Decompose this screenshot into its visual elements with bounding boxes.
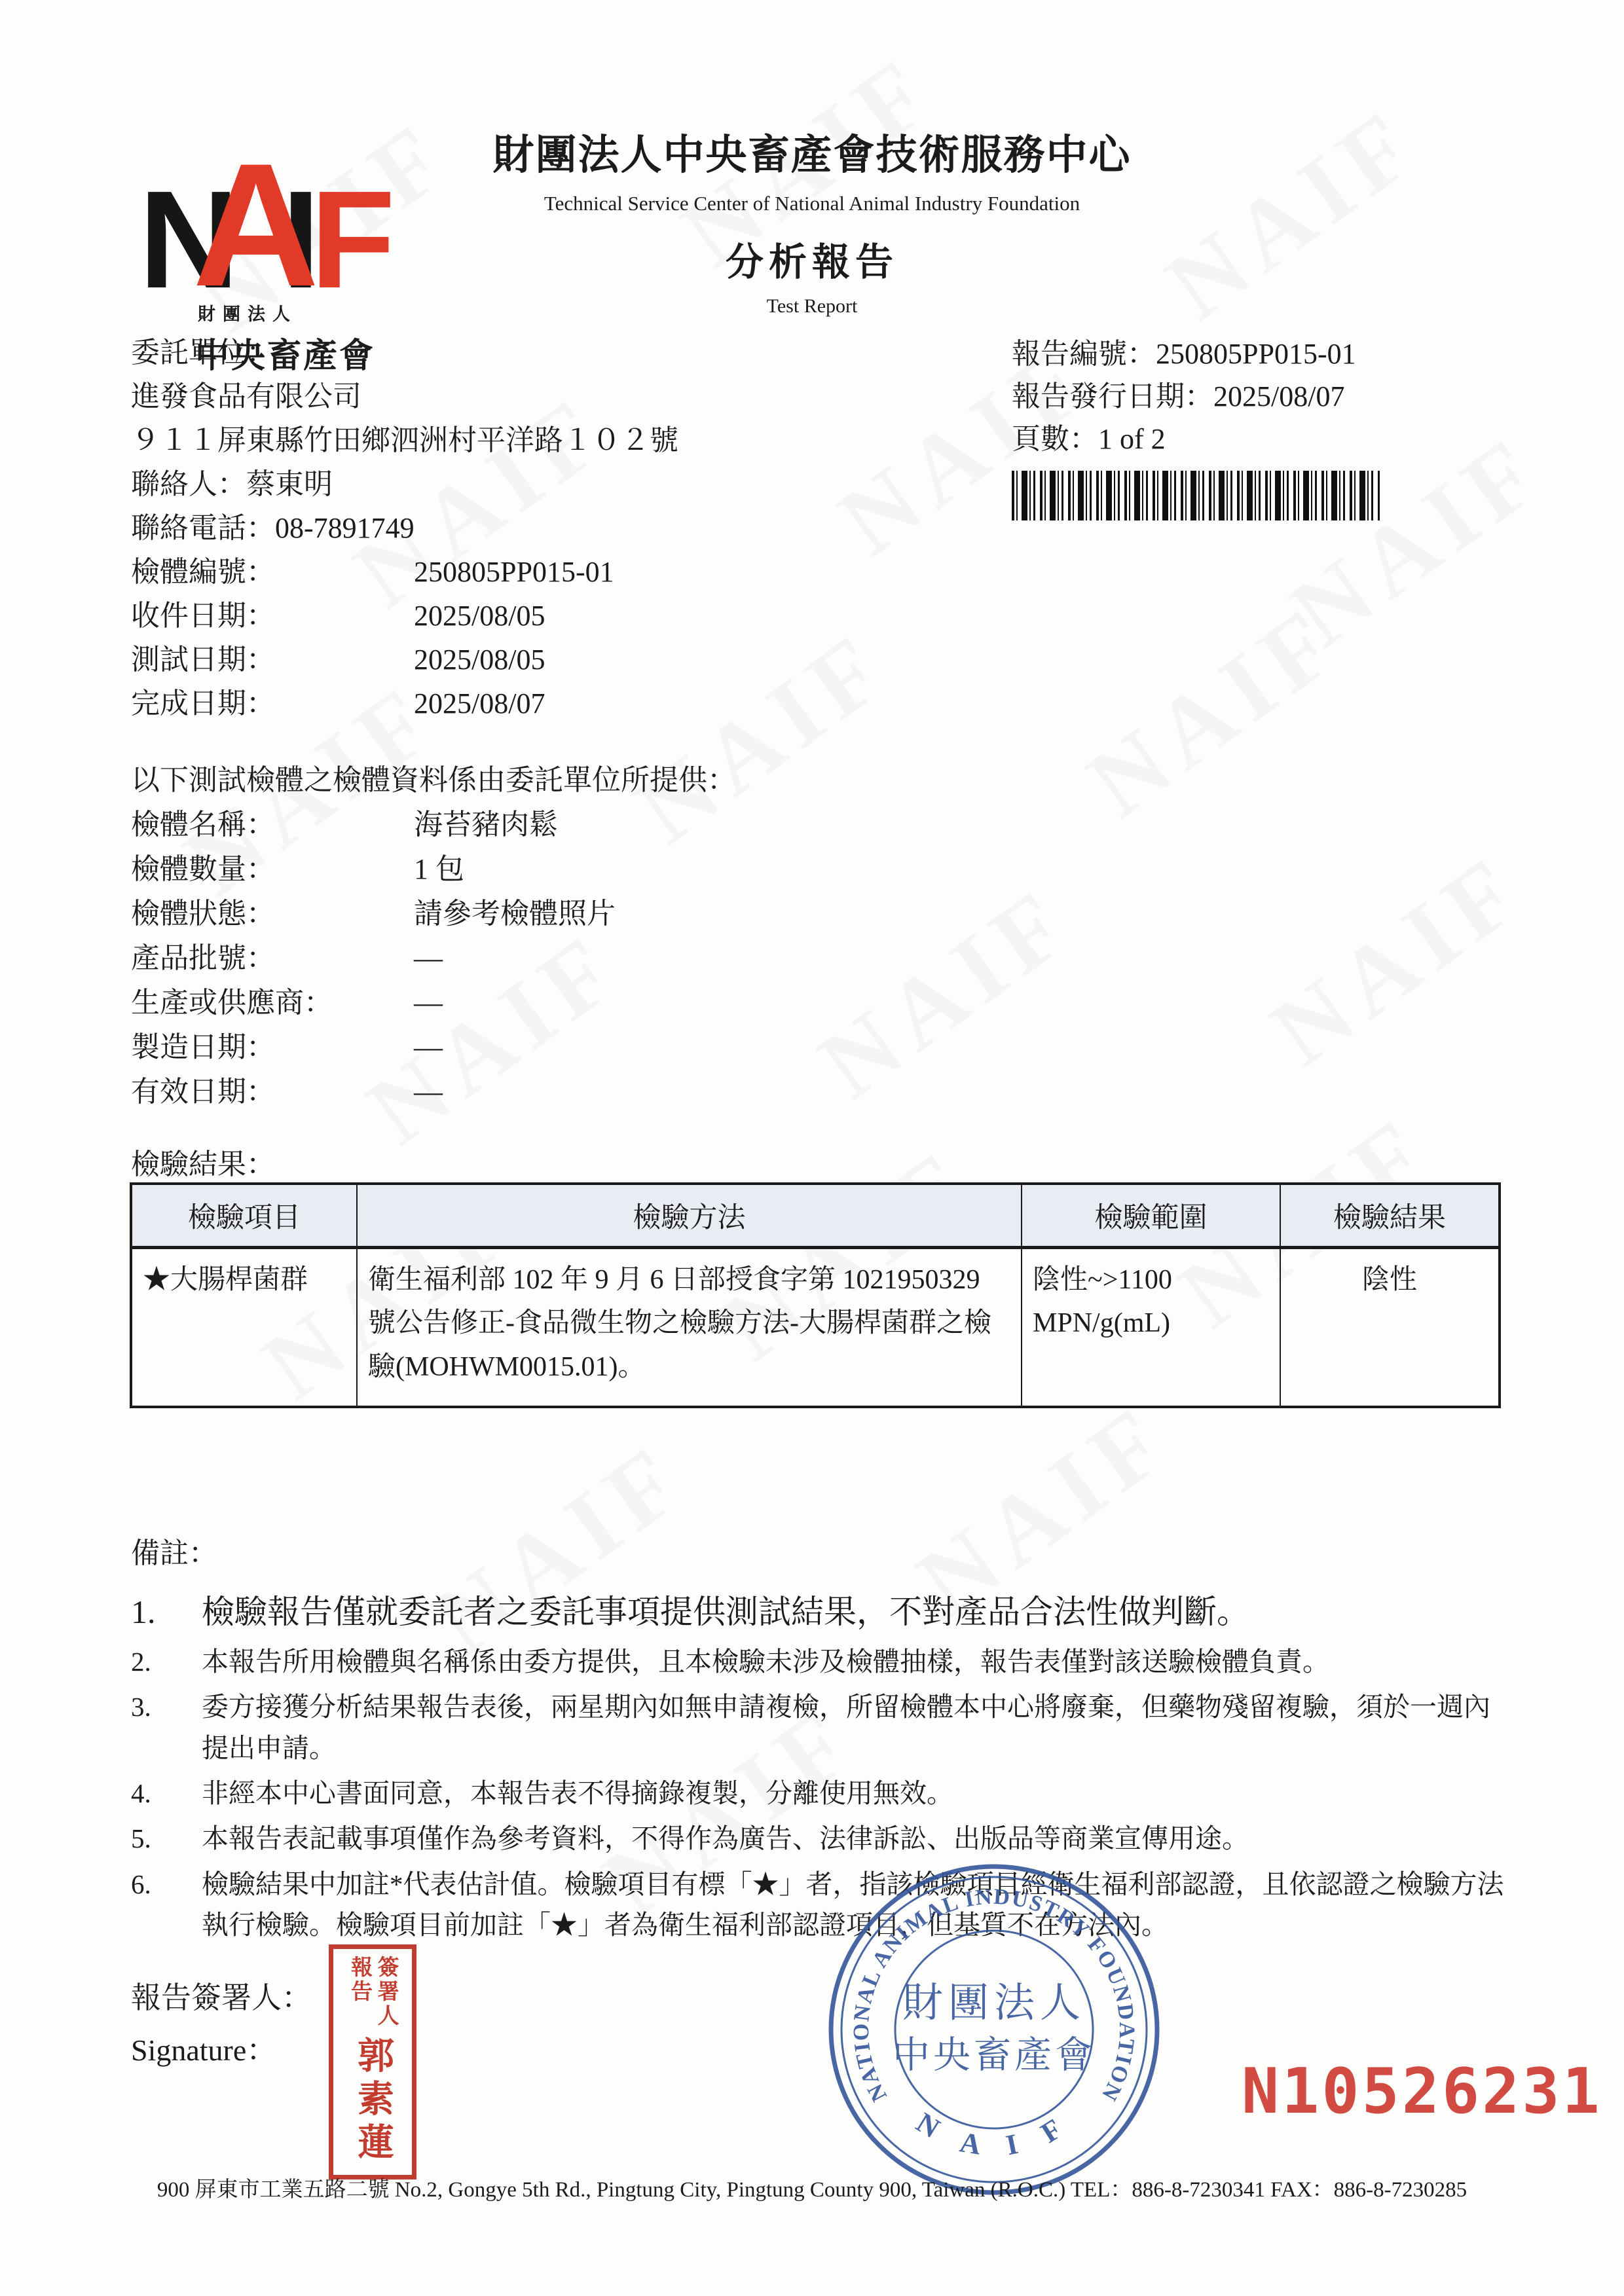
expiry-date-row: 有效日期： — <box>131 1070 736 1114</box>
note-number: 6. <box>131 1864 202 1946</box>
seal-signer-name: 郭素蓮 <box>354 2036 391 2166</box>
client-name: 進發食品有限公司 <box>131 374 678 418</box>
supplier-label: 生產或供應商： <box>131 981 414 1025</box>
mfg-date-label: 製造日期： <box>131 1025 414 1070</box>
mfg-date-value: — <box>414 1025 443 1070</box>
notes-label: 備註： <box>131 1529 1509 1571</box>
results-header-row: 檢驗項目 檢驗方法 檢驗範圍 檢驗結果 <box>131 1184 1500 1248</box>
sample-name-value: 海苔豬肉鬆 <box>414 803 558 847</box>
report-no-row: 報告編號： 250805PP015-01 <box>1012 333 1380 375</box>
page-count-value: 1 of 2 <box>1098 418 1166 460</box>
note-text: 檢驗報告僅就委託者之委託事項提供測試結果，不對產品合法性做判斷。 <box>202 1587 1509 1637</box>
test-date-value: 2025/08/05 <box>414 638 545 682</box>
signer-label-zh: 報告簽署人： <box>131 1972 312 2024</box>
sample-state-value: 請參考檢體照片 <box>414 892 616 936</box>
stamp-center-line1: 財團法人 <box>902 1981 1086 2026</box>
naif-watermark: NAIF <box>800 864 1094 1121</box>
test-date-row: 測試日期： 2025/08/05 <box>131 638 678 682</box>
supplier-row: 生產或供應商： — <box>131 981 736 1025</box>
specimen-id-row: 檢體編號： 250805PP015-01 <box>131 550 678 594</box>
report-no-value: 250805PP015-01 <box>1156 333 1356 375</box>
sample-intro: 以下測試檢體之檢體資料係由委託單位所提供： <box>131 758 736 803</box>
results-section-label: 檢驗結果： <box>131 1140 275 1182</box>
received-date-value: 2025/08/05 <box>414 594 545 638</box>
results-table: 檢驗項目 檢驗方法 檢驗範圍 檢驗結果 ★大腸桿菌群 衛生福利部 102 年 9… <box>130 1182 1501 1408</box>
note-text: 本報告所用檢體與名稱係由委方提供，且本檢驗未涉及檢體抽樣，報告表僅對該送驗檢體負… <box>202 1641 1509 1682</box>
seal-title-left: 報告 <box>348 1956 371 2028</box>
cell-test-result: 陰性 <box>1280 1248 1500 1408</box>
note-item: 6. 檢驗結果中加註*代表估計值。檢驗項目有標「★」者，指該檢驗項目經衛生福利部… <box>131 1864 1509 1946</box>
client-block: 委託單位： 進發食品有限公司 ９１１屏東縣竹田鄉泗洲村平洋路１０２號 聯絡人：蔡… <box>131 331 678 725</box>
page-count-label: 頁數： <box>1012 418 1098 460</box>
col-test-result: 檢驗結果 <box>1280 1184 1500 1248</box>
note-number: 5. <box>131 1818 202 1859</box>
sample-qty-label: 檢體數量： <box>131 847 414 892</box>
client-label: 委託單位： <box>131 331 678 374</box>
report-no-label: 報告編號： <box>1012 333 1156 375</box>
specimen-id-label: 檢體編號： <box>131 550 414 594</box>
note-text: 委方接獲分析結果報告表後，兩星期內如無申請複檢，所留檢體本中心將廢棄，但藥物殘留… <box>202 1686 1509 1768</box>
complete-date-row: 完成日期： 2025/08/07 <box>131 682 678 725</box>
naif-watermark: NAIF <box>1251 831 1546 1088</box>
expiry-date-value: — <box>414 1070 443 1114</box>
page-count-row: 頁數： 1 of 2 <box>1012 418 1380 460</box>
mfg-date-row: 製造日期： — <box>131 1025 736 1070</box>
report-serial-number: N10526231 <box>1242 2056 1602 2128</box>
note-number: 4. <box>131 1773 202 1813</box>
note-number: 2. <box>131 1641 202 1682</box>
test-report-page: NAIF NAIF NAIF NAIF NAIF NAIF NAIF NAIF … <box>0 0 1624 2296</box>
stamp-inner-ring <box>895 1931 1093 2128</box>
complete-date-value: 2025/08/07 <box>414 682 545 725</box>
note-number: 1. <box>131 1587 202 1637</box>
note-text: 非經本中心書面同意，本報告表不得摘錄複製，分離使用無效。 <box>202 1773 1509 1813</box>
note-item: 1. 檢驗報告僅就委託者之委託事項提供測試結果，不對產品合法性做判斷。 <box>131 1587 1509 1637</box>
batch-no-row: 產品批號： — <box>131 936 736 981</box>
stamp-center-line2: 中央畜產會 <box>893 2035 1096 2076</box>
complete-date-label: 完成日期： <box>131 682 414 725</box>
expiry-date-label: 有效日期： <box>131 1070 414 1114</box>
signer-red-seal: 報告 簽署人 郭素蓮 <box>329 1944 416 2179</box>
logo-letter-a: A <box>193 156 320 293</box>
batch-no-value: — <box>414 936 443 981</box>
note-item: 2. 本報告所用檢體與名稱係由委方提供，且本檢驗未涉及檢體抽樣，報告表僅對該送驗… <box>131 1641 1509 1682</box>
naif-watermark: NAIF <box>1068 583 1363 839</box>
client-phone: 聯絡電話：08-7891749 <box>131 506 678 550</box>
client-contact: 聯絡人：蔡東明 <box>131 462 678 506</box>
client-address: ９１１屏東縣竹田鄉泗洲村平洋路１０２號 <box>131 418 678 462</box>
supplier-value: — <box>414 981 443 1025</box>
issue-date-label: 報告發行日期： <box>1012 375 1213 418</box>
report-meta-block: 報告編號： 250805PP015-01 報告發行日期： 2025/08/07 … <box>1012 333 1380 520</box>
sample-qty-row: 檢體數量： 1 包 <box>131 847 736 892</box>
col-test-item: 檢驗項目 <box>131 1184 357 1248</box>
seal-title-right: 簽署人 <box>375 1956 397 2028</box>
results-row: ★大腸桿菌群 衛生福利部 102 年 9 月 6 日部授食字第 10219503… <box>131 1248 1500 1408</box>
stamp-naif-text: N A I F <box>911 2106 1077 2162</box>
report-barcode <box>1012 471 1380 520</box>
issue-date-value: 2025/08/07 <box>1213 375 1344 418</box>
received-date-row: 收件日期： 2025/08/05 <box>131 594 678 638</box>
signature-block: 報告簽署人： Signature： <box>131 1972 312 2077</box>
received-date-label: 收件日期： <box>131 594 414 638</box>
note-text: 本報告表記載事項僅作為參考資料，不得作為廣告、法律訴訟、出版品等商業宣傳用途。 <box>202 1818 1509 1859</box>
sample-name-label: 檢體名稱： <box>131 803 414 847</box>
test-date-label: 測試日期： <box>131 638 414 682</box>
cell-test-item: ★大腸桿菌群 <box>131 1248 357 1408</box>
sample-info-block: 以下測試檢體之檢體資料係由委託單位所提供： 檢體名稱： 海苔豬肉鬆 檢體數量： … <box>131 758 736 1114</box>
foundation-round-stamp: NATIONAL ANIMAL INDUSTRY FOUNDATION N A … <box>824 1859 1164 2200</box>
issue-date-row: 報告發行日期： 2025/08/07 <box>1012 375 1380 418</box>
signer-label-en: Signature： <box>131 2024 312 2077</box>
note-number: 3. <box>131 1686 202 1768</box>
col-test-range: 檢驗範圍 <box>1022 1184 1280 1248</box>
sample-state-label: 檢體狀態： <box>131 892 414 936</box>
batch-no-label: 產品批號： <box>131 936 414 981</box>
footer-address: 900 屏東市工業五路二號 No.2, Gongye 5th Rd., Ping… <box>0 2172 1624 2203</box>
cell-test-range: 陰性~>1100 MPN/g(mL) <box>1022 1248 1280 1408</box>
cell-test-method: 衛生福利部 102 年 9 月 6 日部授食字第 1021950329 號公告修… <box>357 1248 1022 1408</box>
note-item: 4. 非經本中心書面同意，本報告表不得摘錄複製，分離使用無效。 <box>131 1773 1509 1813</box>
sample-state-row: 檢體狀態： 請參考檢體照片 <box>131 892 736 936</box>
notes-section: 備註： 1. 檢驗報告僅就委託者之委託事項提供測試結果，不對產品合法性做判斷。 … <box>131 1529 1509 1950</box>
col-test-method: 檢驗方法 <box>357 1184 1022 1248</box>
note-item: 3. 委方接獲分析結果報告表後，兩星期內如無申請複檢，所留檢體本中心將廢棄，但藥… <box>131 1686 1509 1768</box>
seal-title: 報告 簽署人 <box>348 1956 397 2028</box>
note-item: 5. 本報告表記載事項僅作為參考資料，不得作為廣告、法律訴訟、出版品等商業宣傳用… <box>131 1818 1509 1859</box>
specimen-id-value: 250805PP015-01 <box>414 550 614 594</box>
sample-qty-value: 1 包 <box>414 847 464 892</box>
sample-name-row: 檢體名稱： 海苔豬肉鬆 <box>131 803 736 847</box>
